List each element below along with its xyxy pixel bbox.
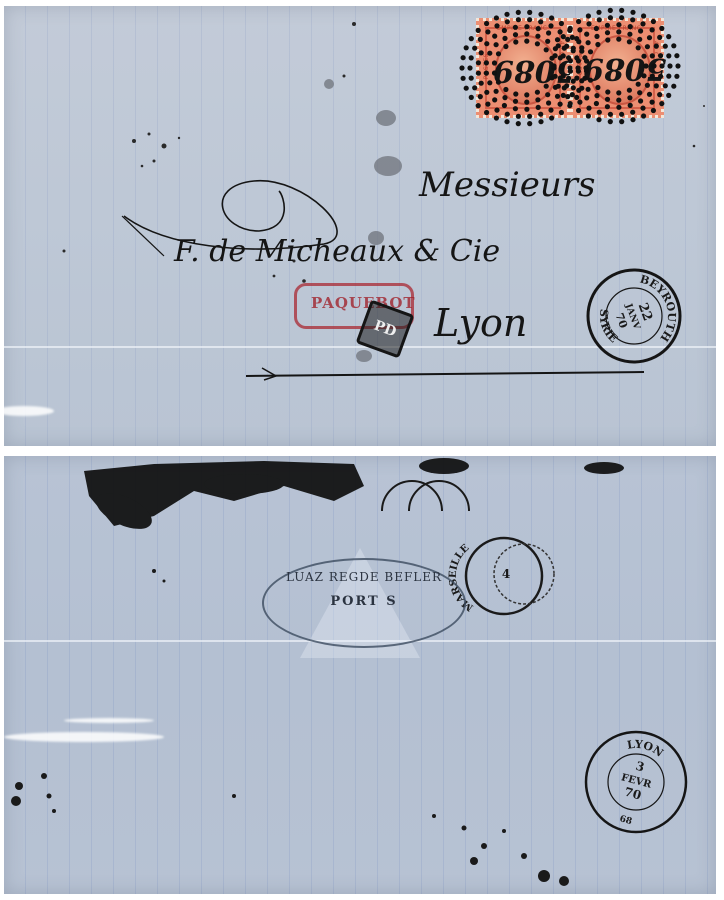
svg-text:3: 3: [634, 759, 646, 775]
svg-text:68: 68: [618, 814, 633, 827]
cover-front: EMPIRE FRANC POSTES 40 C 5089 EMPIRE FRA…: [4, 6, 716, 446]
cover-back: MARSEILLE 4 LYON 3 FEVR 70 68 LUAZ REGDE…: [4, 456, 716, 894]
svg-text:4: 4: [502, 567, 510, 581]
ink-smudges: MARSEILLE 4 LYON 3 FEVR 70 68: [4, 456, 716, 894]
sender-oval-cachet: LUAZ REGDE BEFLER PORT S: [262, 558, 466, 648]
beyrouth-postmark: BEYROUTH SYRIE 22 JANV 70: [4, 6, 716, 446]
svg-text:70: 70: [623, 785, 643, 803]
